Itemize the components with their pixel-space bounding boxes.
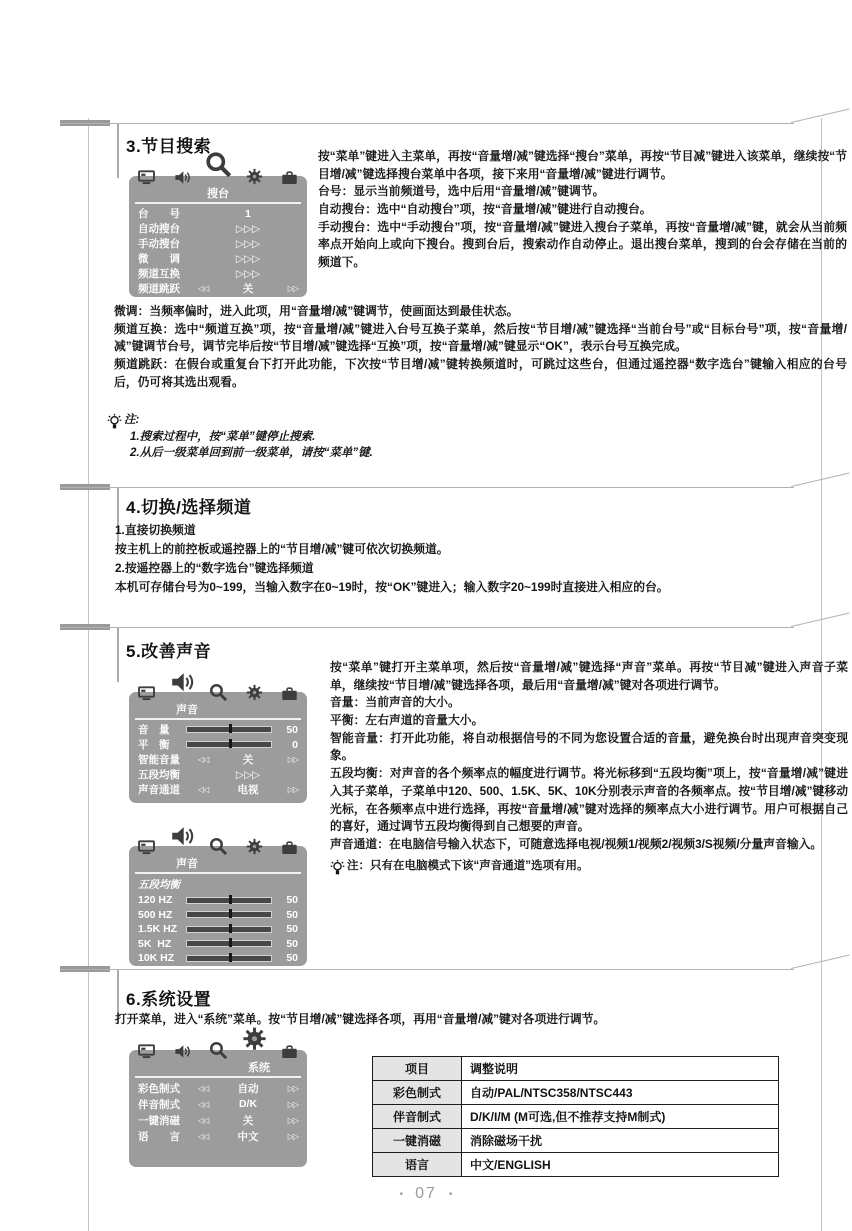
divider-line: [60, 123, 794, 124]
slider-thumb: [229, 909, 232, 918]
section3-right-column: 按“菜单”键进入主菜单，再按“音量增/减”键选择“搜台”菜单，再按“节目减”键进…: [318, 148, 847, 272]
paragraph: 1.直接切换频道: [115, 521, 848, 540]
slider-thumb: [229, 924, 232, 933]
osd-item-eq-5khz: 5K HZ50: [129, 937, 307, 952]
osd-menu-sound: 声音 音 量50 平 衡0 智能音量◁◁关▷▷ 五段均衡▷▷▷ 声音通道◁◁电视…: [129, 692, 307, 803]
note-line: 1.搜索过程中，按“菜单”键停止搜索.: [124, 429, 373, 446]
table-row: 彩色制式 自动/PAL/NTSC358/NTSC443: [373, 1081, 779, 1105]
lightbulb-icon: [330, 859, 347, 882]
paragraph: 本机可存储台号为0~199，当输入数字在0~19时，按“OK”键进入；输入数字2…: [115, 578, 848, 597]
speaker-icon: [174, 1044, 191, 1059]
osd-menu-search: 搜台 台 号1 自动搜台▷▷▷ 手动搜台▷▷▷ 微 调▷▷▷ 频道互换▷▷▷ 频…: [129, 176, 307, 297]
osd-menu-title: 声音: [176, 855, 198, 871]
magnifier-icon: [209, 683, 227, 701]
slider-thumb: [229, 724, 232, 733]
osd-item-channel-skip: 频道跳跃◁◁关▷▷: [129, 281, 307, 296]
manual-page: 3.节目搜索 搜台 台 号1 自动搜台▷▷▷ 手动搜台▷▷▷ 微 调▷▷▷ 频道…: [0, 0, 852, 1231]
paragraph: 声音通道：在电脑信号输入状态下，可随意选择电视/视频1/视频2/视频3/S视频/…: [330, 836, 848, 854]
paragraph: 台号：显示当前频道号，选中后用“音量增/减”键调节。: [318, 183, 847, 201]
osd-separator: [135, 872, 301, 874]
osd-item-sound-channel: 声音通道◁◁电视▷▷: [129, 782, 307, 797]
left-margin-line: [88, 118, 89, 1231]
paragraph: 平衡：左右声道的音量大小。: [330, 712, 848, 730]
gear-icon: [246, 168, 263, 185]
section3-full-paragraphs: 微调：当频率偏时，进入此项，用“音量增/减”键调节，使画面达到最佳状态。 频道互…: [114, 303, 847, 391]
divider-line: [60, 627, 794, 628]
paragraph: 音量：当前声音的大小。: [330, 694, 848, 712]
note-label: 注:: [124, 412, 373, 429]
osd-icon-row: [129, 683, 307, 701]
gear-icon: [246, 684, 263, 701]
osd-menu-title: 系统: [248, 1059, 270, 1075]
section4-body: 1.直接切换频道 按主机上的前控板或遥控器上的“节目增/减”键可依次切换频道。 …: [115, 521, 848, 597]
slider-thumb: [229, 895, 232, 904]
section-tick: [117, 124, 119, 178]
system-settings-table: 项目 调整说明 彩色制式 自动/PAL/NTSC358/NTSC443 伴音制式…: [372, 1056, 779, 1177]
paragraph: 按主机上的前控板或遥控器上的“节目增/减”键可依次切换频道。: [115, 540, 848, 559]
section5-heading: 5.改善声音: [126, 637, 211, 662]
monitor-icon: [138, 170, 155, 185]
paragraph: 五段均衡：对声音的各个频率点的幅度进行调节。将光标移到“五段均衡”项上，按“音量…: [330, 765, 848, 836]
gear-icon: [242, 1026, 267, 1051]
slider-thumb: [229, 953, 232, 962]
table-header-desc: 调整说明: [462, 1057, 779, 1081]
osd-item-eq-10khz: 10K HZ50: [129, 951, 307, 966]
osd-item-equalizer: 五段均衡▷▷▷: [129, 767, 307, 782]
monitor-icon: [138, 686, 155, 701]
footer-dot: •: [400, 1189, 404, 1200]
page-number: 07: [415, 1185, 437, 1203]
osd-item-eq-120hz: 120 HZ50: [129, 893, 307, 908]
slider-thumb: [229, 938, 232, 947]
paragraph: 打开菜单，进入“系统”菜单。按“节目增/减”键选择各项，再用“音量增/减”键对各…: [115, 1011, 848, 1029]
osd-item-channel-number: 台 号1: [129, 206, 307, 221]
monitor-icon: [138, 1044, 155, 1059]
section5-right-column: 按“菜单”键打开主菜单项，然后按“音量增/减”键选择“声音”菜单。再按“节目减”…: [330, 659, 848, 881]
osd-menu-system: 系统 彩色制式◁◁自动▷▷ 伴音制式◁◁D/K▷▷ 一键消磁◁◁关▷▷ 语 言◁…: [129, 1050, 307, 1167]
page-footer: • 07 •: [0, 1185, 852, 1203]
balance-slider: [186, 741, 272, 748]
paragraph: 自动搜台：选中“自动搜台”项，按“音量增/减”键进行自动搜台。: [318, 201, 847, 219]
table-row: 一键消磁 消除磁场干扰: [373, 1129, 779, 1153]
monitor-icon: [138, 840, 155, 855]
note-label: 注：: [347, 860, 370, 872]
osd-icon-row: [129, 837, 307, 855]
briefcase-icon: [281, 841, 298, 855]
osd-item-eq-500hz: 500 HZ50: [129, 908, 307, 923]
gear-icon: [246, 838, 263, 855]
speaker-icon: [174, 170, 191, 185]
speaker-icon: [170, 825, 195, 847]
osd-item-volume: 音 量50: [129, 722, 307, 737]
eq-slider: [186, 897, 272, 904]
briefcase-icon: [281, 1045, 298, 1059]
osd-separator: [135, 718, 301, 720]
osd-item-language: 语 言◁◁中文▷▷: [129, 1128, 307, 1144]
osd-item-sound-system: 伴音制式◁◁D/K▷▷: [129, 1096, 307, 1112]
section6-heading: 6.系统设置: [126, 985, 211, 1010]
eq-slider: [186, 955, 272, 962]
osd-item-channel-swap: 频道互换▷▷▷: [129, 266, 307, 281]
magnifier-icon: [205, 151, 231, 177]
speaker-icon: [170, 671, 195, 693]
section6-intro: 打开菜单，进入“系统”菜单。按“节目增/减”键选择各项，再用“音量增/减”键对各…: [115, 1011, 848, 1029]
paragraph: 2.按遥控器上的“数字选台”键选择频道: [115, 559, 848, 578]
lightbulb-icon: [107, 413, 124, 435]
divider-line: [60, 487, 794, 488]
briefcase-icon: [281, 171, 298, 185]
osd-menu-title: 搜台: [207, 185, 229, 201]
osd-item-smart-volume: 智能音量◁◁关▷▷: [129, 752, 307, 767]
osd-item-manual-search: 手动搜台▷▷▷: [129, 236, 307, 251]
osd-item-color-system: 彩色制式◁◁自动▷▷: [129, 1080, 307, 1096]
paragraph: 微调：当频率偏时，进入此项，用“音量增/减”键调节，使画面达到最佳状态。: [114, 303, 847, 321]
osd-icon-row: [129, 1041, 307, 1059]
divider-line: [60, 969, 794, 970]
paragraph: 智能音量：打开此功能，将自动根据信号的不同为您设置合适的音量，避免换台时出现声音…: [330, 730, 848, 765]
paragraph: 手动搜台：选中“手动搜台”项，按“音量增/减”键进入搜台子菜单，再按“音量增/减…: [318, 219, 847, 272]
note-block: 注: 1.搜索过程中，按“菜单”键停止搜索. 2.从后一级菜单回到前一级菜单，请…: [107, 412, 627, 462]
note-line: 2.从后一级菜单回到前一级菜单，请按“菜单”键.: [124, 445, 373, 462]
osd-item-auto-search: 自动搜台▷▷▷: [129, 221, 307, 236]
osd-separator: [135, 1076, 301, 1078]
osd-item-fine-tune: 微 调▷▷▷: [129, 251, 307, 266]
briefcase-icon: [281, 687, 298, 701]
paragraph: 频道互换：选中“频道互换”项，按“音量增/减”键进入台号互换子菜单，然后按“节目…: [114, 321, 847, 356]
osd-separator: [135, 202, 301, 204]
table-row: 语言 中文/ENGLISH: [373, 1153, 779, 1177]
magnifier-icon: [209, 837, 227, 855]
osd-item-eq-1-5khz: 1.5K HZ50: [129, 922, 307, 937]
osd-menu-equalizer: 声音 五段均衡 120 HZ50 500 HZ50 1.5K HZ50 5K H…: [129, 846, 307, 966]
paragraph: 按“菜单”键进入主菜单，再按“音量增/减”键选择“搜台”菜单，再按“节目减”键进…: [318, 148, 847, 183]
paragraph: 频道跳跃：在假台或重复台下打开此功能，下次按“节目增/减”键转换频道时，可跳过这…: [114, 356, 847, 391]
volume-slider: [186, 726, 272, 733]
footer-dot: •: [449, 1189, 453, 1200]
section3-heading: 3.节目搜索: [126, 132, 211, 157]
table-header-row: 项目 调整说明: [373, 1057, 779, 1081]
osd-item-balance: 平 衡0: [129, 737, 307, 752]
eq-section-header: 五段均衡: [129, 876, 307, 893]
table-row: 伴音制式 D/K/I/M (M可选,但不推荐支持M制式): [373, 1105, 779, 1129]
table-header-item: 项目: [373, 1057, 462, 1081]
note-line: 只有在电脑模式下该“声音通道”选项有用。: [370, 860, 589, 872]
slider-thumb: [229, 739, 232, 748]
osd-icon-row: [129, 167, 307, 185]
note-block: 注：只有在电脑模式下该“声音通道”选项有用。: [330, 858, 848, 882]
section-tick: [117, 628, 119, 682]
paragraph: 按“菜单”键打开主菜单项，然后按“音量增/减”键选择“声音”菜单。再按“节目减”…: [330, 659, 848, 694]
eq-slider: [186, 911, 272, 918]
eq-slider: [186, 940, 272, 947]
osd-item-degauss: 一键消磁◁◁关▷▷: [129, 1112, 307, 1128]
magnifier-icon: [209, 1041, 227, 1059]
eq-slider: [186, 926, 272, 933]
section4-heading: 4.切换/选择频道: [126, 493, 251, 518]
osd-menu-title: 声音: [176, 701, 198, 717]
